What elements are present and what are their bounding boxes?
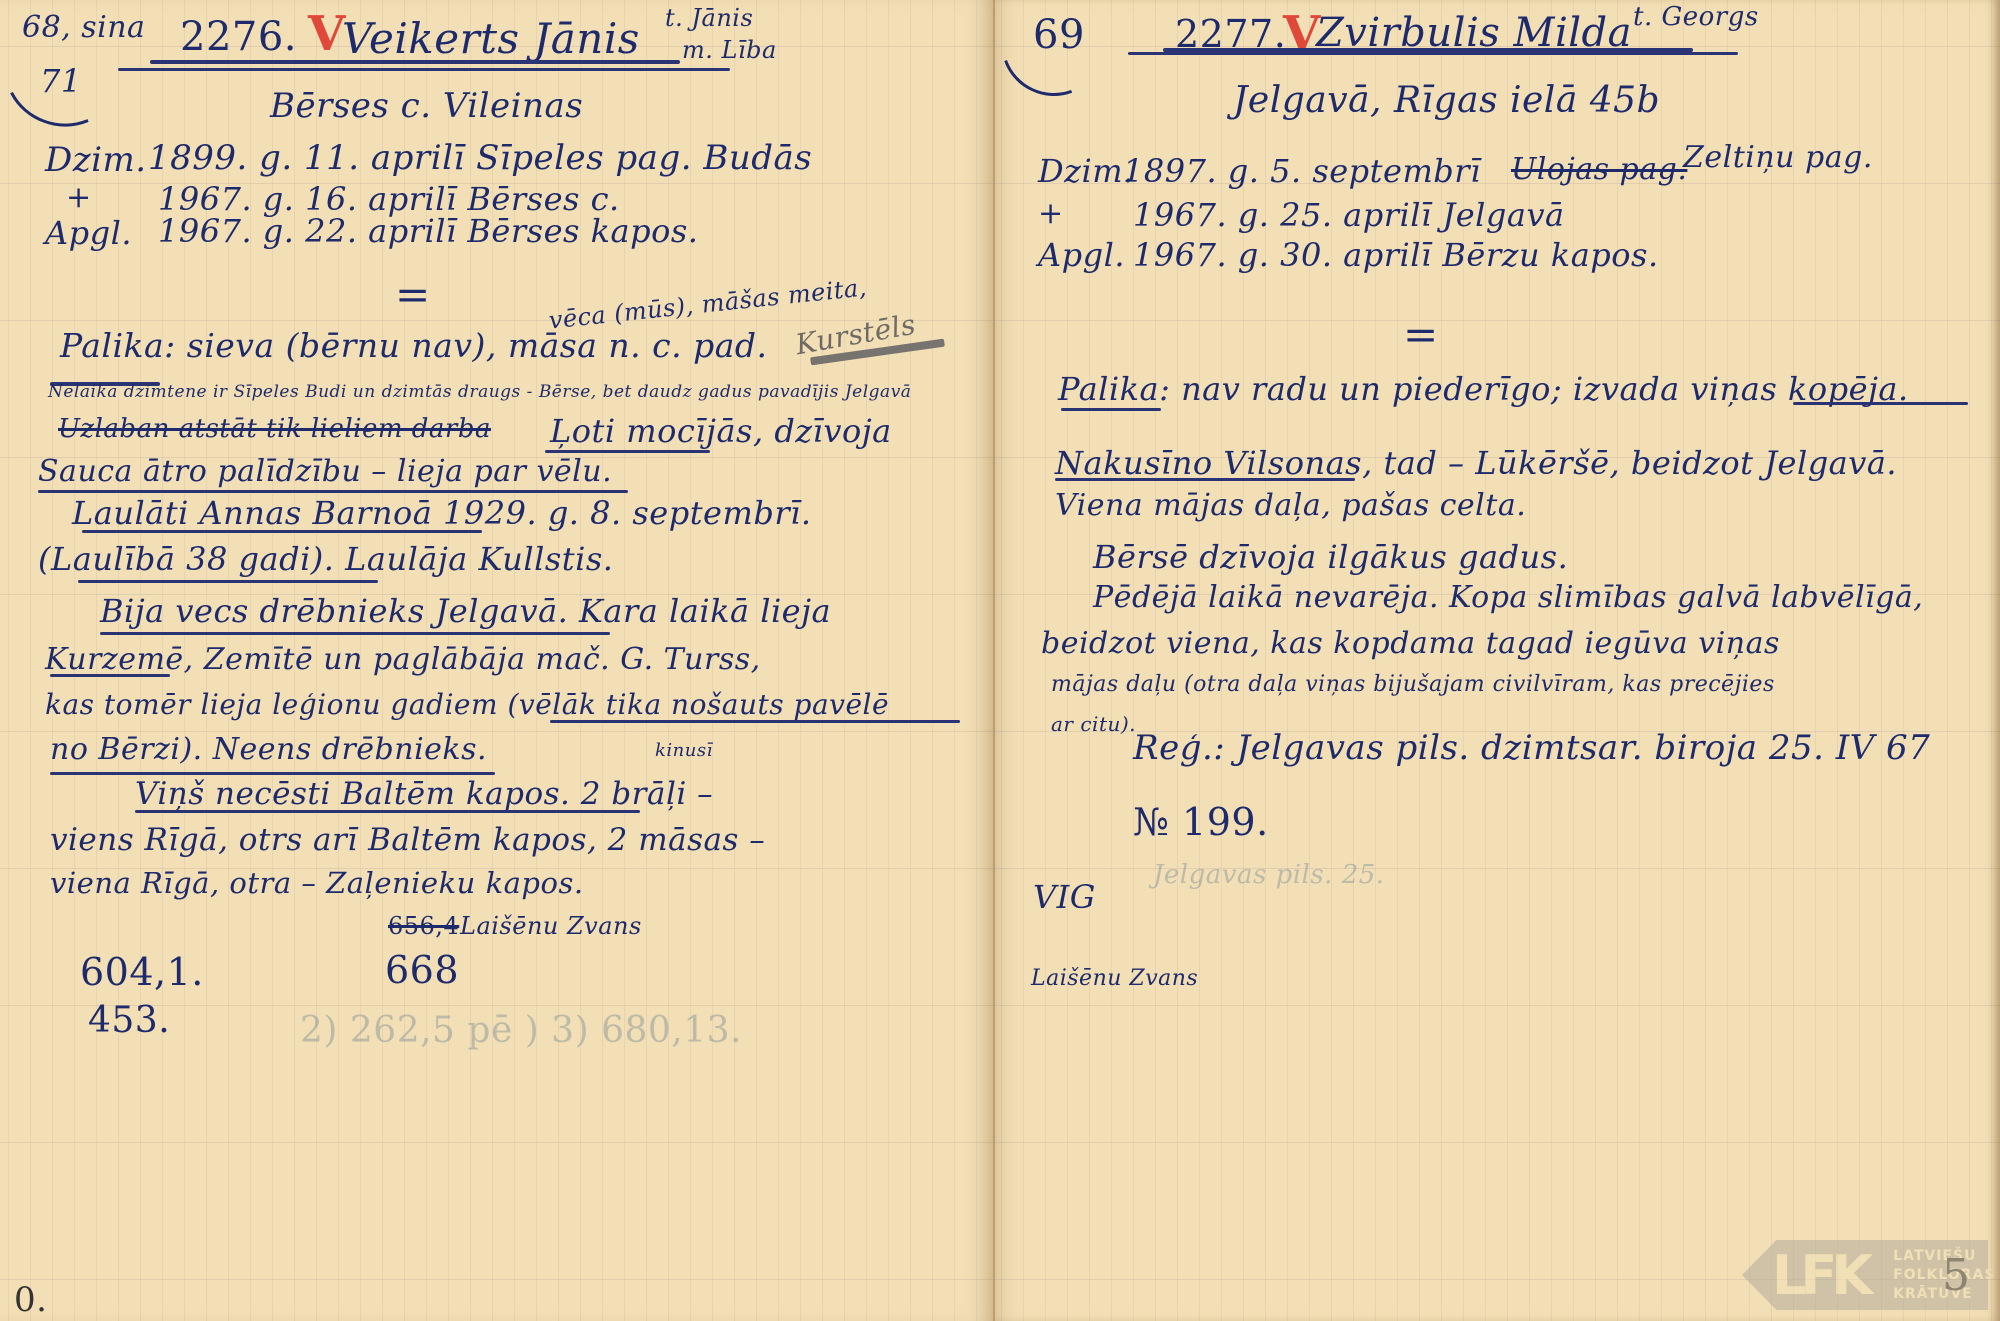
title-underline-2 [118,68,730,71]
title-underline [150,60,680,64]
birth-text: 1897. g. 5. septembrī [1123,152,1481,190]
burial-text: 1967. g. 22. aprilī Bērses kapos. [158,212,698,250]
inserted-word: kinusī [655,740,713,761]
text-line-13: viena Rīgā, otra – Zaļenieku kapos. [50,866,584,900]
underline [50,674,170,677]
archive-watermark: LFK LATVIEŠU FOLKLORAS KRĀTUVE 5 [1742,1240,1988,1310]
circle-mark [993,0,1124,113]
text-line-2: Nakusīno Vilsonas, tad – Lūkēršē, beidzo… [1055,444,1897,482]
birth-text: 1899. g. 11. aprilī Sīpeles pag. Budās [148,138,812,178]
birth-label: Dzim. [45,140,147,180]
lfk-logo-icon: LFK [1772,1244,1867,1307]
birth-place: Zeltiņu pag. [1683,140,1873,175]
text-line-1: Palika: nav radu un piederīgo; izvada vi… [1058,370,1909,408]
father-name: t. Jānis [665,4,753,32]
initials: VIG [1033,878,1096,916]
entry-number: 2276. [180,14,297,60]
text-line-3: Viena mājas daļa, pašas celta. [1055,488,1526,523]
underline [1055,478,1355,481]
birth-label: Dzim. [1038,152,1134,190]
number-453: 453. [88,1000,170,1041]
record-number: № 199. [1133,800,1269,844]
bleed-through: 2) 262,5 pē ) 3) 680,13. [300,1010,742,1051]
underline [1793,402,1968,405]
divider: = [1403,310,1439,359]
text-line-8: Kurzemē, Zemītē un paglābāja mač. G. Tur… [45,642,761,677]
title-underline-2 [1163,48,1693,52]
number-604: 604,1. [80,950,204,994]
underline [550,720,960,723]
title-underline [1128,52,1738,55]
gutter-fold [993,0,995,1321]
text-line-11: Viņš necēsti Baltēm kapos. 2 brāļi – [135,776,713,812]
text-line-6: beidzot viena, kas kopdama tagad iegūva … [1041,626,1780,661]
text-line-12: viens Rīgā, otrs arī Baltēm kapos, 2 mās… [50,822,765,858]
underline [78,580,378,583]
mother-name: m. Lība [682,36,777,64]
underline [100,632,610,635]
death-text: 1967. g. 25. aprilī Jelgavā [1133,196,1565,234]
text-line-6: (Laulībā 38 gadi). Laulāja Kullstis. [38,540,613,578]
struck-place: Ulojas pag. [1511,152,1687,187]
burial-text: 1967. g. 30. aprilī Bērzu kapos. [1133,236,1659,274]
underline [545,450,710,453]
father-name: t. Georgs [1633,2,1759,32]
check-mark-icon: V [308,6,346,62]
death-label: + [1038,196,1064,231]
text-line-5: Laulāti Annas Barnoā 1929. g. 8. septemb… [72,494,812,532]
text-line-2: Nelaika dzimtene ir Sīpeles Budi un dzim… [48,382,911,402]
person-name: Veikerts Jānis [342,14,640,63]
text-line-7: Bija vecs drēbnieks Jelgavā. Kara laikā … [100,592,831,630]
underline [38,490,628,493]
burial-label: Apgl. [1038,236,1125,274]
death-label: + [66,180,92,215]
underline [50,772,495,775]
bleed-through: Jelgavas pils. 25. [1153,860,1385,890]
text-line-3: Ļoti mocījās, dzīvoja [550,412,892,450]
page-number: 5 [1942,1250,1971,1301]
place: Jelgavā, Rīgas ielā 45b [1233,80,1660,121]
bottom-mark: 0. [14,1280,47,1320]
text-line-10: no Bērzi). Neens drēbnieks. [50,732,487,767]
right-page: 69 2277. V Zvirbulis Milda t. Georgs Jel… [993,0,2000,1321]
place: Bērses c. Vileinas [270,86,583,126]
struck-text: Uzlaban atstāt tik lieliem darba [58,414,491,444]
text-line-4: Bērsē dzīvoja ilgākus gadus. [1093,538,1568,576]
text-line-5: Pēdējā laikā nevarēja. Kopa slimības gal… [1093,580,1923,615]
underline [135,810,640,813]
text-line-9: kas tomēr lieja leģionu gadiem (vēlāk ti… [45,688,889,721]
notebook-spread: 68, sina 71 2276. V Veikerts Jānis t. Jā… [0,0,2000,1321]
burial-label: Apgl. [45,214,132,252]
signature: Laišēnu Zvans [460,912,642,940]
text-line-4: Sauca ātro palīdzību – lieja par vēlu. [38,454,612,489]
text-line-7: mājas daļu (otra daļa viņas bijušajam ci… [1051,672,1775,697]
number-668: 668 [385,948,459,992]
underline [1061,408,1161,411]
underline [82,530,482,533]
struck-number: 656,4 [388,912,459,940]
registration: Reģ.: Jelgavas pils. dzimtsar. biroja 25… [1133,728,1930,768]
text-line-1: Palika: sieva (bērnu nav), māsa n. c. pa… [60,326,768,365]
text-line-8: ar citu). [1051,712,1136,736]
divider: = [395,270,431,319]
left-page: 68, sina 71 2276. V Veikerts Jānis t. Jā… [0,0,993,1321]
signature: Laišēnu Zvans [1031,966,1198,991]
